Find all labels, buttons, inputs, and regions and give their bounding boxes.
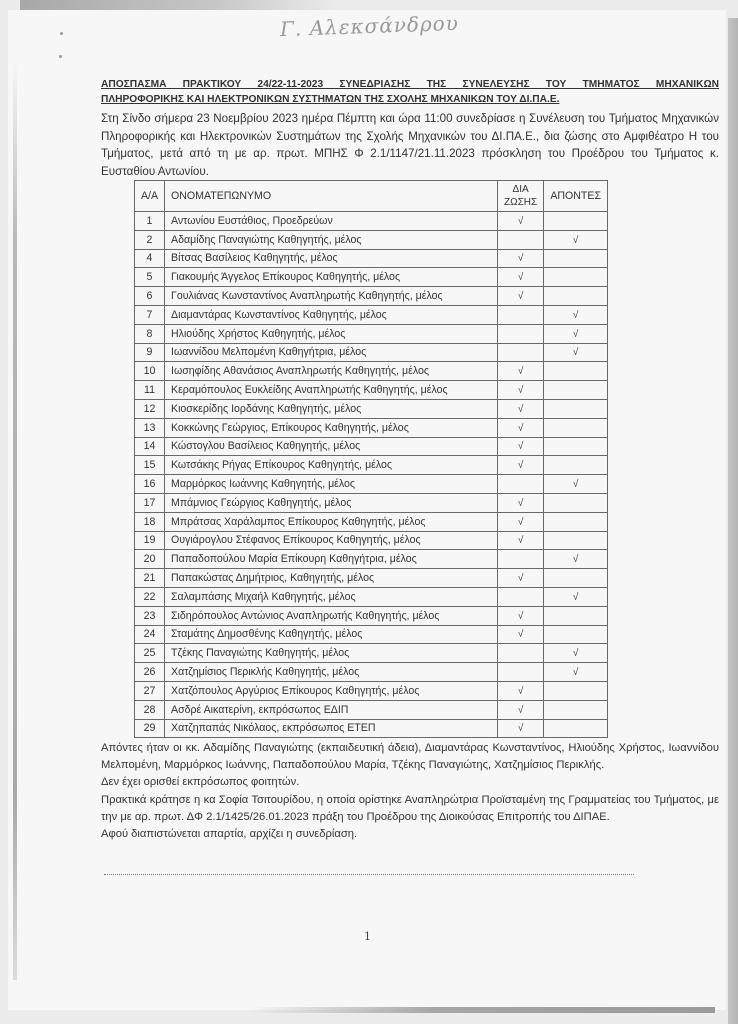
check-mark-icon: √	[518, 629, 524, 640]
heading-line-2: ΠΛΗΡΟΦΟΡΙΚΗΣ ΚΑΙ ΗΛΕΚΤΡΟΝΙΚΩΝ ΣΥΣΤΗΜΑΤΩΝ…	[101, 94, 559, 105]
member-name: Μπάμνιος Γεώργιος Καθηγητής, μέλος	[165, 493, 498, 512]
table-row: 23Σιδηρόπουλος Αντώνιος Αναπληρωτής Καθη…	[135, 606, 608, 625]
row-number: 29	[135, 719, 165, 738]
in-person-cell: √	[498, 606, 544, 625]
absent-cell	[544, 569, 608, 588]
in-person-cell: √	[498, 531, 544, 550]
absent-cell	[544, 381, 608, 400]
check-mark-icon: √	[518, 686, 524, 697]
member-name: Σαλαμπάσης Μιχαήλ Καθηγητής, μέλος	[165, 587, 498, 606]
absent-cell: √	[544, 587, 608, 606]
absent-cell	[544, 700, 608, 719]
row-number: 18	[135, 512, 165, 531]
absent-cell	[544, 531, 608, 550]
in-person-cell	[498, 663, 544, 682]
scan-speck	[60, 32, 63, 35]
table-row: 1Αντωνίου Ευστάθιος, Προεδρεύων√	[135, 212, 608, 231]
row-number: 6	[135, 287, 165, 306]
row-number: 4	[135, 249, 165, 268]
page-number: 1	[364, 930, 371, 943]
table-row: 9Ιωαννίδου Μελπομένη Καθηγήτρια, μέλος√	[135, 343, 608, 362]
header-aa: Α/Α	[135, 181, 165, 212]
row-number: 22	[135, 587, 165, 606]
row-number: 7	[135, 305, 165, 324]
absent-cell: √	[544, 305, 608, 324]
check-mark-icon: √	[573, 235, 579, 246]
row-number: 17	[135, 493, 165, 512]
scan-shadow-left	[13, 60, 17, 980]
intro-paragraph: Στη Σίνδο σήμερα 23 Νοεμβρίου 2023 ημέρα…	[101, 110, 719, 180]
member-name: Κωτσάκης Ρήγας Επίκουρος Καθηγητής, μέλο…	[165, 456, 498, 475]
minutes-paragraph: Πρακτικά κράτησε η κα Σοφία Τσιτουρίδου,…	[101, 792, 719, 826]
member-name: Βίτσας Βασίλειος Καθηγητής, μέλος	[165, 249, 498, 268]
in-person-cell	[498, 230, 544, 249]
in-person-cell: √	[498, 456, 544, 475]
member-name: Κώστογλου Βασίλειος Καθηγητής, μέλος	[165, 437, 498, 456]
member-name: Ιωσηφίδης Αθανάσιος Αναπληρωτής Καθηγητή…	[165, 362, 498, 381]
table-row: 28Ασδρέ Αικατερίνη, εκπρόσωπος ΕΔΙΠ√	[135, 700, 608, 719]
check-mark-icon: √	[518, 272, 524, 283]
row-number: 12	[135, 399, 165, 418]
member-name: Κεραμόπουλος Ευκλείδης Αναπληρωτής Καθηγ…	[165, 381, 498, 400]
check-mark-icon: √	[573, 479, 579, 490]
check-mark-icon: √	[518, 611, 524, 622]
member-name: Μπράτσας Χαράλαμπος Επίκουρος Καθηγητής,…	[165, 512, 498, 531]
member-name: Ηλιούδης Χρήστος Καθηγητής, μέλος	[165, 324, 498, 343]
table-row: 24Σταμάτης Δημοσθένης Καθηγητής, μέλος√	[135, 625, 608, 644]
member-name: Σιδηρόπουλος Αντώνιος Αναπληρωτής Καθηγη…	[165, 606, 498, 625]
check-mark-icon: √	[573, 554, 579, 565]
heading-line-1: ΑΠΟΣΠΑΣΜΑ ΠΡΑΚΤΙΚΟΥ 24/22-11-2023 ΣΥΝΕΔΡ…	[101, 77, 719, 92]
row-number: 9	[135, 343, 165, 362]
absent-cell	[544, 456, 608, 475]
member-name: Σταμάτης Δημοσθένης Καθηγητής, μέλος	[165, 625, 498, 644]
absent-cell	[544, 418, 608, 437]
in-person-cell: √	[498, 700, 544, 719]
in-person-cell: √	[498, 512, 544, 531]
table-row: 12Κιοσκερίδης Ιορδάνης Καθηγητής, μέλος√	[135, 399, 608, 418]
check-mark-icon: √	[518, 460, 524, 471]
in-person-cell	[498, 587, 544, 606]
table-row: 14Κώστογλου Βασίλειος Καθηγητής, μέλος√	[135, 437, 608, 456]
member-name: Γιακουμής Άγγελος Επίκουρος Καθηγητής, μ…	[165, 268, 498, 287]
scan-shadow-bottom	[250, 1007, 715, 1013]
students-paragraph: Δεν έχει ορισθεί εκπρόσωπος φοιτητών.	[101, 774, 719, 791]
table-row: 7Διαμαντάρας Κωνσταντίνος Καθηγητής, μέλ…	[135, 305, 608, 324]
row-number: 15	[135, 456, 165, 475]
table-row: 15Κωτσάκης Ρήγας Επίκουρος Καθηγητής, μέ…	[135, 456, 608, 475]
check-mark-icon: √	[518, 498, 524, 509]
in-person-cell: √	[498, 681, 544, 700]
member-name: Τζέκης Παναγιώτης Καθηγητής, μέλος	[165, 644, 498, 663]
row-number: 10	[135, 362, 165, 381]
row-number: 19	[135, 531, 165, 550]
in-person-cell: √	[498, 418, 544, 437]
row-number: 14	[135, 437, 165, 456]
row-number: 21	[135, 569, 165, 588]
check-mark-icon: √	[518, 423, 524, 434]
check-mark-icon: √	[518, 366, 524, 377]
in-person-cell: √	[498, 625, 544, 644]
table-row: 4Βίτσας Βασίλειος Καθηγητής, μέλος√	[135, 249, 608, 268]
absent-cell	[544, 719, 608, 738]
in-person-cell	[498, 475, 544, 494]
absentees-paragraph: Απόντες ήταν οι κκ. Αδαμίδης Παναγιώτης …	[101, 740, 719, 774]
absent-cell	[544, 681, 608, 700]
row-number: 25	[135, 644, 165, 663]
in-person-cell: √	[498, 362, 544, 381]
member-name: Κιοσκερίδης Ιορδάνης Καθηγητής, μέλος	[165, 399, 498, 418]
check-mark-icon: √	[518, 291, 524, 302]
check-mark-icon: √	[573, 667, 579, 678]
absent-cell: √	[544, 475, 608, 494]
table-row: 27Χατζόπουλος Αργύριος Επίκουρος Καθηγητ…	[135, 681, 608, 700]
header-absent: ΑΠΟΝΤΕΣ	[544, 181, 608, 212]
in-person-cell: √	[498, 399, 544, 418]
row-number: 28	[135, 700, 165, 719]
dotted-separator	[104, 874, 634, 875]
member-name: Παπαδοπούλου Μαρία Επίκουρη Καθηγήτρια, …	[165, 550, 498, 569]
table-row: 18Μπράτσας Χαράλαμπος Επίκουρος Καθηγητή…	[135, 512, 608, 531]
check-mark-icon: √	[518, 705, 524, 716]
in-person-cell: √	[498, 569, 544, 588]
table-row: 20Παπαδοπούλου Μαρία Επίκουρη Καθηγήτρια…	[135, 550, 608, 569]
member-name: Κοκκώνης Γεώργιος, Επίκουρος Καθηγητής, …	[165, 418, 498, 437]
check-mark-icon: √	[573, 347, 579, 358]
table-row: 10Ιωσηφίδης Αθανάσιος Αναπληρωτής Καθηγη…	[135, 362, 608, 381]
row-number: 24	[135, 625, 165, 644]
scan-speck	[59, 55, 62, 58]
absent-cell: √	[544, 230, 608, 249]
absent-cell	[544, 362, 608, 381]
in-person-cell: √	[498, 493, 544, 512]
check-mark-icon: √	[518, 385, 524, 396]
absent-cell: √	[544, 324, 608, 343]
in-person-cell	[498, 550, 544, 569]
row-number: 1	[135, 212, 165, 231]
table-row: 29Χατζηπαπάς Νικόλαος, εκπρόσωπος ΕΤΕΠ√	[135, 719, 608, 738]
check-mark-icon: √	[518, 404, 524, 415]
check-mark-icon: √	[573, 310, 579, 321]
table-row: 5Γιακουμής Άγγελος Επίκουρος Καθηγητής, …	[135, 268, 608, 287]
table-row: 19Ουγιάρογλου Στέφανος Επίκουρος Καθηγητ…	[135, 531, 608, 550]
header-in-person: ΔΙΑΖΩΣΗΣ	[498, 181, 544, 212]
absent-cell	[544, 625, 608, 644]
table-row: 2Αδαμίδης Παναγιώτης Καθηγητής, μέλος√	[135, 230, 608, 249]
member-name: Ιωαννίδου Μελπομένη Καθηγήτρια, μέλος	[165, 343, 498, 362]
row-number: 5	[135, 268, 165, 287]
absent-cell	[544, 437, 608, 456]
check-mark-icon: √	[518, 517, 524, 528]
absent-cell	[544, 268, 608, 287]
quorum-paragraph: Αφού διαπιστώνεται απαρτία, αρχίζει η συ…	[101, 826, 719, 843]
in-person-cell: √	[498, 287, 544, 306]
member-name: Αντωνίου Ευστάθιος, Προεδρεύων	[165, 212, 498, 231]
row-number: 26	[135, 663, 165, 682]
row-number: 11	[135, 381, 165, 400]
table-row: 6Γουλιάνας Κωνσταντίνος Αναπληρωτής Καθη…	[135, 287, 608, 306]
table-row: 26Χατζημίσιος Περικλής Καθηγητής, μέλος√	[135, 663, 608, 682]
in-person-cell	[498, 644, 544, 663]
member-name: Διαμαντάρας Κωνσταντίνος Καθηγητής, μέλο…	[165, 305, 498, 324]
check-mark-icon: √	[518, 253, 524, 264]
closing-section: Απόντες ήταν οι κκ. Αδαμίδης Παναγιώτης …	[101, 740, 719, 843]
check-mark-icon: √	[573, 592, 579, 603]
absent-cell: √	[544, 663, 608, 682]
absent-cell: √	[544, 550, 608, 569]
absent-cell	[544, 249, 608, 268]
member-name: Ασδρέ Αικατερίνη, εκπρόσωπος ΕΔΙΠ	[165, 700, 498, 719]
table-row: 8Ηλιούδης Χρήστος Καθηγητής, μέλος√	[135, 324, 608, 343]
in-person-cell: √	[498, 249, 544, 268]
absent-cell: √	[544, 644, 608, 663]
in-person-cell: √	[498, 719, 544, 738]
absent-cell	[544, 606, 608, 625]
absent-cell	[544, 287, 608, 306]
member-name: Γουλιάνας Κωνσταντίνος Αναπληρωτής Καθηγ…	[165, 287, 498, 306]
row-number: 16	[135, 475, 165, 494]
in-person-cell: √	[498, 212, 544, 231]
member-name: Παπακώστας Δημήτριος, Καθηγητής, μέλος	[165, 569, 498, 588]
scan-shadow-right	[728, 18, 738, 1024]
row-number: 2	[135, 230, 165, 249]
absent-cell	[544, 493, 608, 512]
absent-cell	[544, 212, 608, 231]
row-number: 20	[135, 550, 165, 569]
check-mark-icon: √	[518, 535, 524, 546]
in-person-cell	[498, 324, 544, 343]
check-mark-icon: √	[518, 573, 524, 584]
table-row: 22Σαλαμπάσης Μιχαήλ Καθηγητής, μέλος√	[135, 587, 608, 606]
table-row: 16Μαρμόρκος Ιωάννης Καθηγητής, μέλος√	[135, 475, 608, 494]
table-header-row: Α/Α ΟΝΟΜΑΤΕΠΩΝΥΜΟ ΔΙΑΖΩΣΗΣ ΑΠΟΝΤΕΣ	[135, 181, 608, 212]
in-person-cell: √	[498, 268, 544, 287]
member-name: Χατζόπουλος Αργύριος Επίκουρος Καθηγητής…	[165, 681, 498, 700]
table-row: 21Παπακώστας Δημήτριος, Καθηγητής, μέλος…	[135, 569, 608, 588]
header-name: ΟΝΟΜΑΤΕΠΩΝΥΜΟ	[165, 181, 498, 212]
in-person-cell: √	[498, 381, 544, 400]
table-body: 1Αντωνίου Ευστάθιος, Προεδρεύων√2Αδαμίδη…	[135, 212, 608, 738]
member-name: Αδαμίδης Παναγιώτης Καθηγητής, μέλος	[165, 230, 498, 249]
table-row: 17Μπάμνιος Γεώργιος Καθηγητής, μέλος√	[135, 493, 608, 512]
member-name: Χατζηπαπάς Νικόλαος, εκπρόσωπος ΕΤΕΠ	[165, 719, 498, 738]
row-number: 27	[135, 681, 165, 700]
check-mark-icon: √	[573, 648, 579, 659]
member-name: Χατζημίσιος Περικλής Καθηγητής, μέλος	[165, 663, 498, 682]
in-person-cell: √	[498, 437, 544, 456]
row-number: 23	[135, 606, 165, 625]
absent-cell	[544, 399, 608, 418]
check-mark-icon: √	[573, 329, 579, 340]
table-row: 11Κεραμόπουλος Ευκλείδης Αναπληρωτής Καθ…	[135, 381, 608, 400]
check-mark-icon: √	[518, 723, 524, 734]
in-person-cell	[498, 343, 544, 362]
absent-cell: √	[544, 343, 608, 362]
attendance-table: Α/Α ΟΝΟΜΑΤΕΠΩΝΥΜΟ ΔΙΑΖΩΣΗΣ ΑΠΟΝΤΕΣ 1Αντω…	[134, 180, 608, 738]
member-name: Ουγιάρογλου Στέφανος Επίκουρος Καθηγητής…	[165, 531, 498, 550]
row-number: 13	[135, 418, 165, 437]
member-name: Μαρμόρκος Ιωάννης Καθηγητής, μέλος	[165, 475, 498, 494]
absent-cell	[544, 512, 608, 531]
check-mark-icon: √	[518, 216, 524, 227]
in-person-cell	[498, 305, 544, 324]
table-row: 13Κοκκώνης Γεώργιος, Επίκουρος Καθηγητής…	[135, 418, 608, 437]
check-mark-icon: √	[518, 441, 524, 452]
document-heading: ΑΠΟΣΠΑΣΜΑ ΠΡΑΚΤΙΚΟΥ 24/22-11-2023 ΣΥΝΕΔΡ…	[101, 77, 719, 107]
table-row: 25Τζέκης Παναγιώτης Καθηγητής, μέλος√	[135, 644, 608, 663]
row-number: 8	[135, 324, 165, 343]
